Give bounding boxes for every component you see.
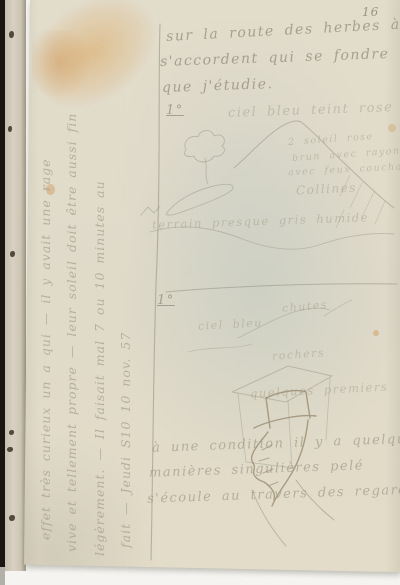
section-divider-line (166, 284, 397, 292)
section-marker: 1° (166, 103, 184, 118)
hill-outline (188, 344, 252, 352)
margin-note-line: fait — Jeudi S10 10 nov. 57 (118, 248, 142, 548)
margin-note-line: vive et tellement propre — leur soleil d… (64, 182, 88, 552)
small-peak-zigzag (141, 206, 160, 215)
margin-note-line: effet très curieux un a qui — il y avait… (38, 210, 62, 540)
notebook-scan: 16 sur la route des herbes à ce s'accord… (0, 0, 400, 585)
tree-cluster-sketch (184, 130, 224, 162)
section-marker: 1° (157, 293, 175, 308)
ledge-sketch (166, 184, 233, 215)
margin-note-line: légèrement. — Il faisait mal 7 ou 10 min… (92, 171, 116, 556)
